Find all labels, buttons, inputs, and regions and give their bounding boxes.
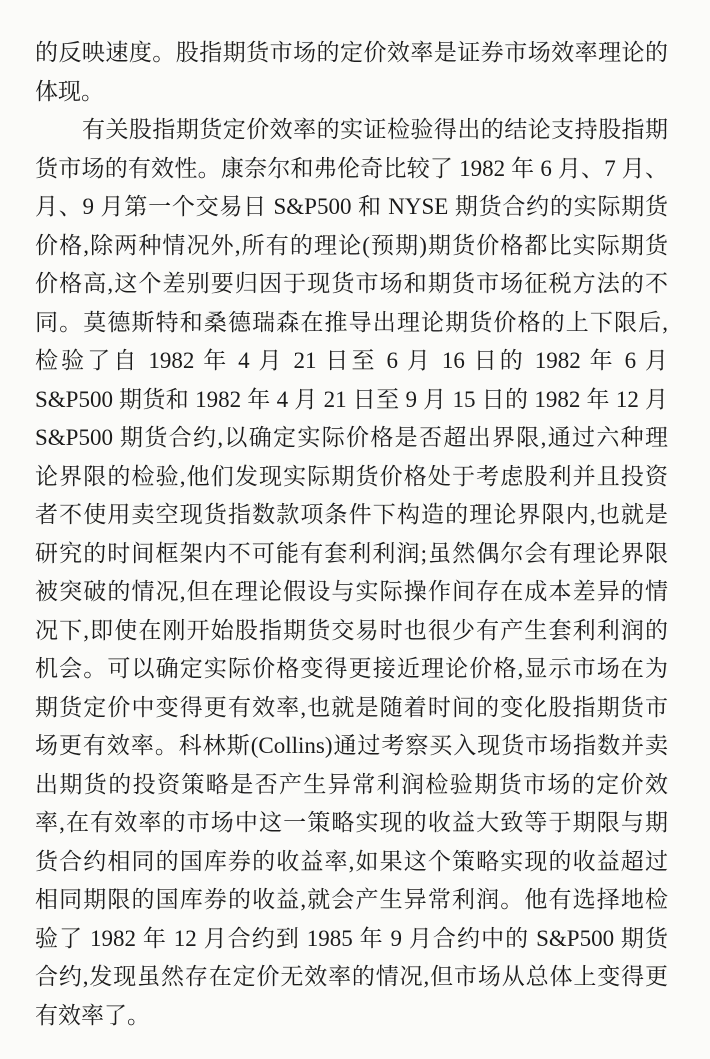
- text-line: S&P500 期货合约,以确定实际价格是否超出界限,通过六种理: [35, 419, 668, 458]
- text-line: 期货定价中变得更有效率,也就是随着时间的变化股指期货市: [35, 689, 668, 728]
- text-line: 货合约相同的国库券的收益率,如果这个策略实现的收益超过: [35, 843, 668, 882]
- text-line: 体现。: [35, 73, 668, 112]
- body-text: 的反映速度。股指期货市场的定价效率是证券市场效率理论的体现。有关股指期货定价效率…: [35, 34, 668, 1035]
- text-line: 价格高,这个差别要归因于现货市场和期货市场征税方法的不: [35, 265, 668, 304]
- text-line: 检验了自 1982 年 4 月 21 日至 6 月 16 日的 1982 年 6…: [35, 342, 668, 381]
- text-line: 价格,除两种情况外,所有的理论(预期)期货价格都比实际期货: [35, 227, 668, 266]
- text-line: 的反映速度。股指期货市场的定价效率是证券市场效率理论的: [35, 34, 668, 73]
- text-line: 相同期限的国库券的收益,就会产生异常利润。他有选择地检: [35, 881, 668, 920]
- text-line: 况下,即使在刚开始股指期货交易时也很少有产生套利利润的: [35, 612, 668, 651]
- text-line: 货市场的有效性。康奈尔和弗伦奇比较了 1982 年 6 月、7 月、8: [35, 150, 668, 189]
- text-line: 验了 1982 年 12 月合约到 1985 年 9 月合约中的 S&P500 …: [35, 920, 668, 959]
- text-line: 机会。可以确定实际价格变得更接近理论价格,显示市场在为: [35, 650, 668, 689]
- text-line: 有关股指期货定价效率的实证检验得出的结论支持股指期: [35, 111, 668, 150]
- text-line: 者不使用卖空现货指数款项条件下构造的理论界限内,也就是: [35, 496, 668, 535]
- text-line: 率,在有效率的市场中这一策略实现的收益大致等于期限与期: [35, 804, 668, 843]
- text-line: 场更有效率。科林斯(Collins)通过考察买入现货市场指数并卖: [35, 727, 668, 766]
- book-page: 的反映速度。股指期货市场的定价效率是证券市场效率理论的体现。有关股指期货定价效率…: [0, 0, 710, 1059]
- text-line: 论界限的检验,他们发现实际期货价格处于考虑股利并且投资: [35, 458, 668, 497]
- text-line: 合约,发现虽然存在定价无效率的情况,但市场从总体上变得更: [35, 958, 668, 997]
- text-line: 同。莫德斯特和桑德瑞森在推导出理论期货价格的上下限后,: [35, 304, 668, 343]
- text-line: 出期货的投资策略是否产生异常利润检验期货市场的定价效: [35, 766, 668, 805]
- text-line: 月、9 月第一个交易日 S&P500 和 NYSE 期货合约的实际期货: [35, 188, 668, 227]
- text-line: S&P500 期货和 1982 年 4 月 21 日至 9 月 15 日的 19…: [35, 381, 668, 420]
- text-line: 被突破的情况,但在理论假设与实际操作间存在成本差异的情: [35, 573, 668, 612]
- text-line: 研究的时间框架内不可能有套利利润;虽然偶尔会有理论界限: [35, 535, 668, 574]
- text-line: 有效率了。: [35, 997, 668, 1036]
